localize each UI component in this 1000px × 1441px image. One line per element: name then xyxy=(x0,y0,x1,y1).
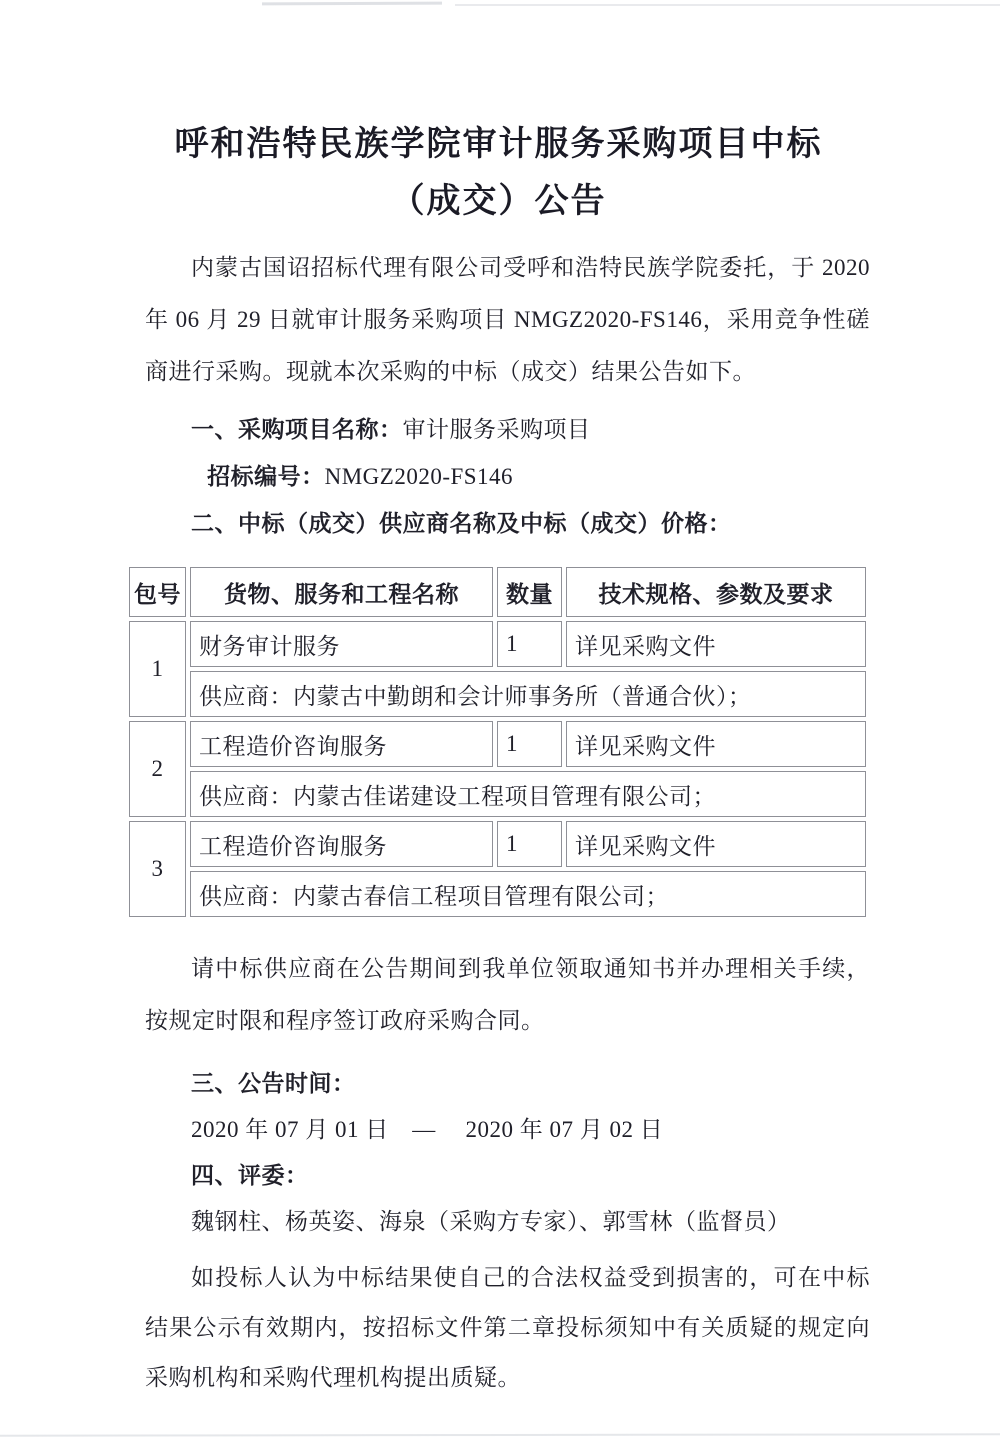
package-3-supplier: 供应商：内蒙古春信工程项目管理有限公司； xyxy=(190,871,866,917)
intro-paragraph: 内蒙古国诏招标代理有限公司受呼和浩特民族学院委托，于 2020 年 06 月 2… xyxy=(145,242,870,398)
header-spec: 技术规格、参数及要求 xyxy=(566,567,866,617)
package-1-supplier: 供应商：内蒙古中勤朗和会计师事务所（普通合伙）； xyxy=(190,671,866,717)
section-1-value: 审计服务采购项目 xyxy=(403,417,591,442)
dispute-paragraph: 如投标人认为中标结果使自己的合法权益受到损害的，可在中标结果公示有效期内，按招标… xyxy=(145,1253,870,1403)
package-1-item: 财务审计服务 xyxy=(190,621,493,667)
package-2-supplier: 供应商：内蒙古佳诺建设工程项目管理有限公司； xyxy=(190,771,866,817)
section-1-heading: 一、采购项目名称：审计服务采购项目 xyxy=(145,406,870,453)
document-title-line1: 呼和浩特民族学院审计服务采购项目中标 xyxy=(127,116,870,173)
package-1-item-row: 1 财务审计服务 1 详见采购文件 xyxy=(129,621,866,667)
document-title-line2: （成交）公告 xyxy=(127,173,870,230)
document-page: 呼和浩特民族学院审计服务采购项目中标 （成交）公告 内蒙古国诏招标代理有限公司受… xyxy=(0,0,1000,1441)
document-title: 呼和浩特民族学院审计服务采购项目中标 （成交）公告 xyxy=(127,116,870,230)
package-2-spec: 详见采购文件 xyxy=(566,721,866,767)
package-2-number: 2 xyxy=(129,721,186,817)
tender-number-value: NMGZ2020-FS146 xyxy=(325,464,513,489)
package-3-spec: 详见采购文件 xyxy=(566,821,866,867)
header-quantity: 数量 xyxy=(497,567,562,617)
package-2-item: 工程造价咨询服务 xyxy=(190,721,493,767)
package-3-number: 3 xyxy=(129,821,186,917)
package-2-item-row: 2 工程造价咨询服务 1 详见采购文件 xyxy=(129,721,866,767)
tender-number-label: 招标编号： xyxy=(207,464,325,489)
package-1-number: 1 xyxy=(129,621,186,717)
header-package-no: 包号 xyxy=(129,567,186,617)
table-header-row: 包号 货物、服务和工程名称 数量 技术规格、参数及要求 xyxy=(129,567,866,617)
package-1-supplier-row: 供应商：内蒙古中勤朗和会计师事务所（普通合伙）； xyxy=(129,671,866,717)
section-4-heading: 四、评委： xyxy=(145,1153,870,1199)
scan-artifact-top-right xyxy=(455,4,1000,6)
package-3-supplier-row: 供应商：内蒙古春信工程项目管理有限公司； xyxy=(129,871,866,917)
header-item-name: 货物、服务和工程名称 xyxy=(190,567,493,617)
scan-artifact-top-left xyxy=(262,2,442,6)
announcement-period: 2020 年 07 月 01 日 — 2020 年 07 月 02 日 xyxy=(145,1107,870,1153)
section-1-label: 一、采购项目名称： xyxy=(191,417,403,442)
notice-paragraph: 请中标供应商在公告期间到我单位领取通知书并办理相关手续，按规定时限和程序签订政府… xyxy=(145,943,870,1047)
judges-line: 魏钢柱、杨英姿、海泉（采购方专家）、郭雪林（监督员） xyxy=(145,1199,870,1245)
package-2-supplier-row: 供应商：内蒙古佳诺建设工程项目管理有限公司； xyxy=(129,771,866,817)
tender-number-line: 招标编号：NMGZ2020-FS146 xyxy=(145,453,870,500)
package-1-spec: 详见采购文件 xyxy=(566,621,866,667)
package-1-quantity: 1 xyxy=(497,621,562,667)
package-3-item: 工程造价咨询服务 xyxy=(190,821,493,867)
package-3-item-row: 3 工程造价咨询服务 1 详见采购文件 xyxy=(129,821,866,867)
award-table: 包号 货物、服务和工程名称 数量 技术规格、参数及要求 1 财务审计服务 1 详… xyxy=(125,563,870,921)
scan-artifact-bottom xyxy=(0,1433,1000,1436)
package-2-quantity: 1 xyxy=(497,721,562,767)
section-3-heading: 三、公告时间： xyxy=(145,1061,870,1107)
section-2-heading: 二、中标（成交）供应商名称及中标（成交）价格： xyxy=(145,500,870,547)
package-3-quantity: 1 xyxy=(497,821,562,867)
